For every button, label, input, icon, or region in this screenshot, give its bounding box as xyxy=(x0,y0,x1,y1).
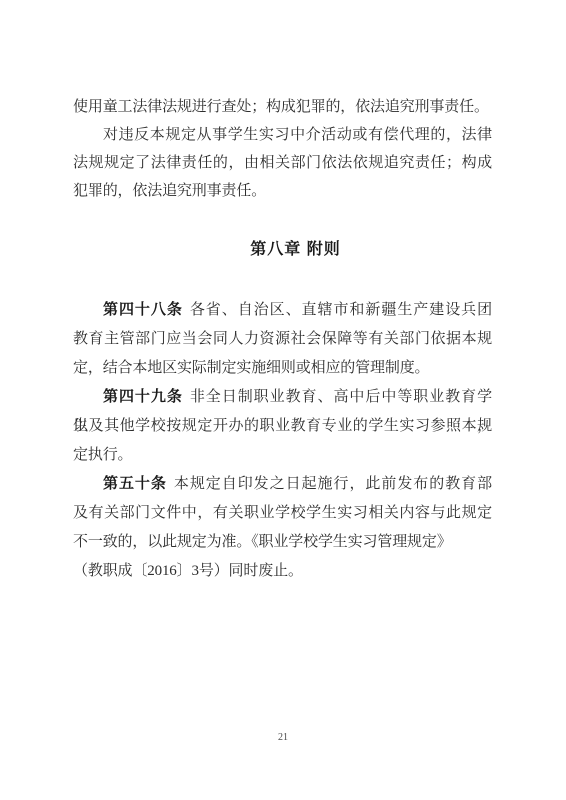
text-line: （教职成〔2016〕3号）同时废止。 xyxy=(73,557,492,586)
document-page: 使用童工法律法规进行查处；构成犯罪的，依法追究刑事责任。 对违反本规定从事学生实… xyxy=(0,0,566,800)
text-line: 对违反本规定从事学生实习中介活动或有偿代理的，法律 xyxy=(73,121,492,149)
text-line: 第四十八条各省、自治区、直辖市和新疆生产建设兵团 xyxy=(73,296,492,325)
text-line: 使用童工法律法规进行查处；构成犯罪的，依法追究刑事责任。 xyxy=(73,93,492,121)
chapter-heading: 第八章 附则 xyxy=(73,236,492,264)
line-text: 各省、自治区、直辖市和新疆生产建设兵团 xyxy=(190,302,492,318)
article-number: 第四十九条 xyxy=(103,389,183,405)
text-line: 教育主管部门应当会同人力资源社会保障等有关部门依据本规 xyxy=(73,325,492,354)
text-block-bottom: 第四十八条各省、自治区、直辖市和新疆生产建设兵团 教育主管部门应当会同人力资源社… xyxy=(73,296,492,586)
text-line: 第五十条本规定自印发之日起施行，此前发布的教育部 xyxy=(73,470,492,499)
text-line: 以及其他学校按规定开办的职业教育专业的学生实习参照本规 xyxy=(73,412,492,441)
page-number: 21 xyxy=(0,731,566,745)
text-line: 第四十九条非全日制职业教育、高中后中等职业教育学生， xyxy=(73,383,492,412)
text-line: 犯罪的，依法追究刑事责任。 xyxy=(73,177,492,205)
text-line: 定，结合本地区实际制定实施细则或相应的管理制度。 xyxy=(73,354,492,383)
text-line: 不一致的，以此规定为准。《职业学校学生实习管理规定》 xyxy=(73,528,492,557)
text-line: 定执行。 xyxy=(73,441,492,470)
text-line: 法规规定了法律责任的，由相关部门依法依规追究责任；构成 xyxy=(73,149,492,177)
text-block-top: 使用童工法律法规进行查处；构成犯罪的，依法追究刑事责任。 对违反本规定从事学生实… xyxy=(73,93,492,205)
line-text: 本规定自印发之日起施行，此前发布的教育部 xyxy=(174,476,492,492)
article-number: 第五十条 xyxy=(103,476,167,492)
text-line: 及有关部门文件中，有关职业学校学生实习相关内容与此规定 xyxy=(73,499,492,528)
article-number: 第四十八条 xyxy=(103,302,183,318)
